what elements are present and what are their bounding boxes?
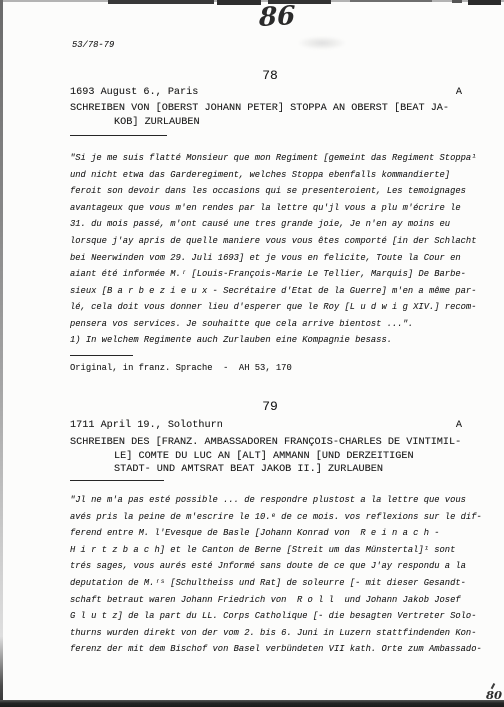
date-row: 1711 April 19., Solothurn A bbox=[70, 420, 462, 431]
footnote-rule bbox=[70, 355, 133, 356]
scan-edge-artifact bbox=[108, 0, 214, 4]
separator-rule bbox=[70, 480, 164, 481]
text-line: pensera vos services. Je souhaitte que c… bbox=[70, 316, 476, 333]
text-line: feroit son devoir dans les occasions qui… bbox=[70, 183, 476, 200]
entry-title: SCHREIBEN DES [FRANZ. AMBASSADOREN FRANÇ… bbox=[70, 436, 461, 477]
file-reference: 53/78-79 bbox=[72, 40, 114, 50]
text-line: sieux [B a r b e z i e u x - Secrétaire … bbox=[70, 283, 476, 300]
series-letter: A bbox=[456, 420, 462, 431]
scan-edge-top bbox=[0, 0, 504, 6]
text-line: "Si je me suis flatté Monsieur que mon R… bbox=[70, 150, 476, 167]
text-line: STADT- UND AMTSRAT BEAT JAKOB II.] ZURLA… bbox=[70, 463, 461, 477]
handwritten-page-number-top: 86 bbox=[259, 1, 296, 33]
quotation-body: "Jl ne m'a pas esté possible ... de resp… bbox=[70, 492, 482, 658]
text-line: lé, cela doit vous donner lieu d'esperer… bbox=[70, 299, 476, 316]
separator-rule bbox=[70, 135, 167, 136]
text-line: avantageux que vous m'en rendes par la l… bbox=[70, 200, 476, 217]
text-line: lorsque j'ay apris de quelle maniere vou… bbox=[70, 233, 476, 250]
text-line: SCHREIBEN VON [OBERST JOHANN PETER] STOP… bbox=[70, 102, 449, 116]
text-line: schaft betraut waren Johann Friedrich vo… bbox=[70, 592, 482, 609]
scan-smudge bbox=[297, 36, 347, 50]
scan-edge-left bbox=[0, 0, 3, 707]
scan-edge-artifact bbox=[350, 0, 432, 2]
date-row: 1693 August 6., Paris A bbox=[70, 87, 462, 98]
provenance-line: Original, in franz. Sprache - AH 53, 170 bbox=[70, 363, 292, 373]
text-line: ferenz der mit dem Bischof von Basel ver… bbox=[70, 641, 482, 658]
text-line: trés sages, vous aurés esté Jnformé sans… bbox=[70, 558, 482, 575]
text-line: G l u t z] de la part du LL. Corps Catho… bbox=[70, 608, 482, 625]
entry-number: 78 bbox=[70, 68, 470, 83]
text-line: H i r t z b a c h] et le Canton de Berne… bbox=[70, 542, 482, 559]
text-line: deputation de M.ʳˢ [Schultheiss und Rat]… bbox=[70, 575, 482, 592]
text-line: ferend entre M. l'Evesque de Basle [Joha… bbox=[70, 525, 482, 542]
footnote: 1) In welchem Regimente auch Zurlauben e… bbox=[70, 335, 392, 345]
handwritten-page-number-bottom: 80 bbox=[486, 688, 502, 702]
scan-edge-artifact bbox=[217, 0, 261, 5]
date-place: 1711 April 19., Solothurn bbox=[70, 420, 223, 431]
text-line: bei Neerwinden vom 29. Juli 1693] et je … bbox=[70, 250, 476, 267]
scanned-document-page: 86 53/78-79 78 1693 August 6., Paris A S… bbox=[0, 0, 504, 707]
text-line: 31. du mois passé, m'ont causé une tres … bbox=[70, 216, 476, 233]
text-line: "Jl ne m'a pas esté possible ... de resp… bbox=[70, 492, 482, 509]
scan-edge-artifact bbox=[468, 0, 501, 5]
scan-edge-artifact bbox=[452, 0, 462, 3]
scan-edge-bottom bbox=[0, 700, 504, 707]
text-line: KOB] ZURLAUBEN bbox=[70, 116, 449, 130]
text-line: thurns wurden direkt von der vom 2. bis … bbox=[70, 625, 482, 642]
quotation-body: "Si je me suis flatté Monsieur que mon R… bbox=[70, 150, 476, 333]
date-place: 1693 August 6., Paris bbox=[70, 87, 198, 98]
text-line: SCHREIBEN DES [FRANZ. AMBASSADOREN FRANÇ… bbox=[70, 436, 461, 450]
text-line: aiant été informée M.ʳ [Louis-François-M… bbox=[70, 266, 476, 283]
series-letter: A bbox=[456, 87, 462, 98]
text-line: und nicht etwa das Garderegiment, welche… bbox=[70, 167, 476, 184]
entry-number: 79 bbox=[70, 399, 470, 414]
entry-title: SCHREIBEN VON [OBERST JOHANN PETER] STOP… bbox=[70, 102, 449, 129]
text-line: avés pris la peine de m'escrire le 10.ᵉ … bbox=[70, 509, 482, 526]
text-line: LE] COMTE DU LUC AN [ALT] AMMANN [UND DE… bbox=[70, 450, 461, 464]
